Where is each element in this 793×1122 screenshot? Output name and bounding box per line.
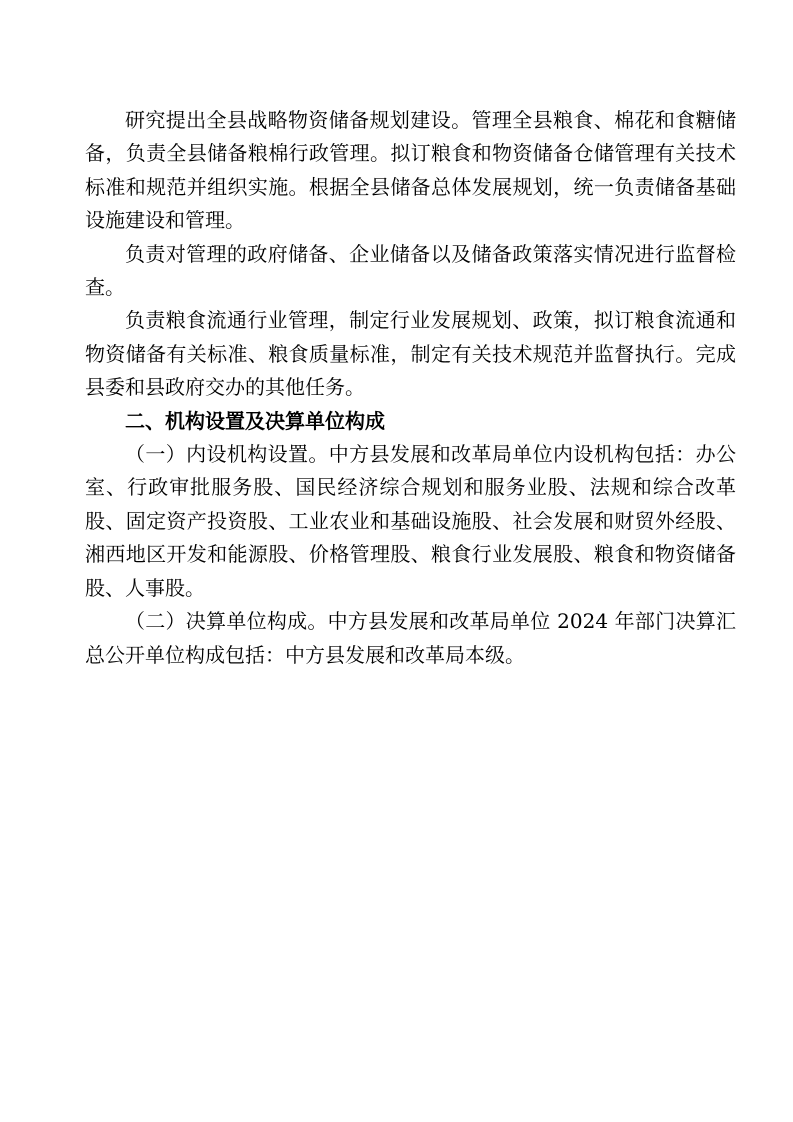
paragraph-internal-organizations: （一）内设机构设置。中方县发展和改革局单位内设机构包括：办公室、行政审批服务股、… <box>85 438 736 605</box>
section-heading-organization-setup: 二、机构设置及决算单位构成 <box>85 405 736 438</box>
paragraph-grain-circulation-duties: 负责粮食流通行业管理，制定行业发展规划、政策，拟订粮食流通和物资储备有关标准、粮… <box>85 304 736 404</box>
paragraph-reserve-planning-duties: 研究提出全县战略物资储备规划建设。管理全县粮食、棉花和食糖储备，负责全县储备粮棉… <box>85 104 736 238</box>
paragraph-budget-unit-composition: （二）决算单位构成。中方县发展和改革局单位 2024 年部门决算汇总公开单位构成… <box>85 605 736 672</box>
paragraph-supervision-duties: 负责对管理的政府储备、企业储备以及储备政策落实情况进行监督检查。 <box>85 238 736 305</box>
document-page: 研究提出全县战略物资储备规划建设。管理全县粮食、棉花和食糖储备，负责全县储备粮棉… <box>0 0 793 1122</box>
